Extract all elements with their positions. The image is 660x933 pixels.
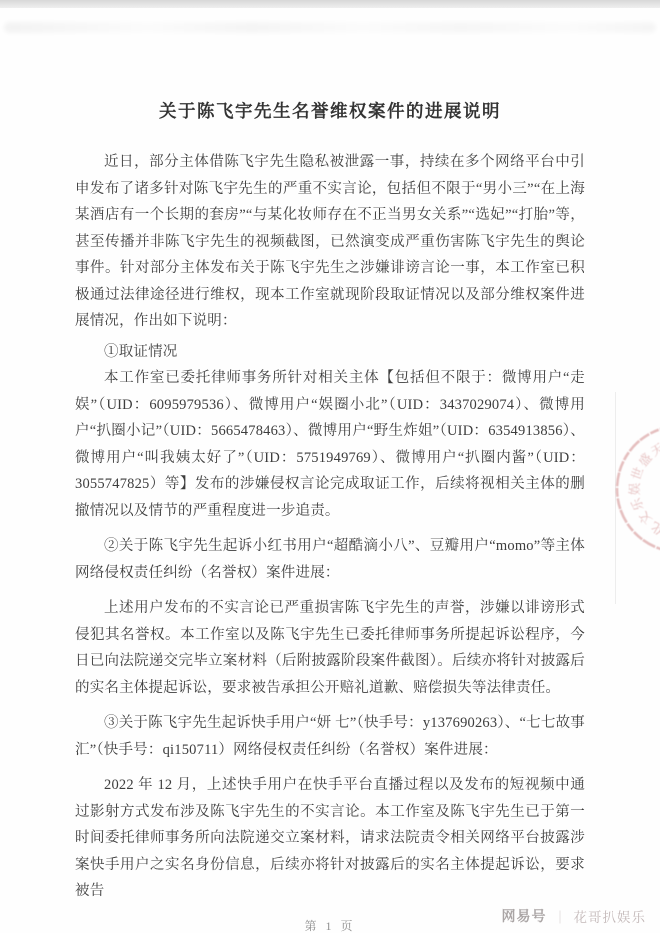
document-page: 关于陈飞宇先生名誉维权案件的进展说明 近日，部分主体借陈飞宇先生隐私被泄露一事，… <box>0 0 660 933</box>
document-title: 关于陈飞宇先生名誉维权案件的进展说明 <box>75 98 585 123</box>
watermark-divider: ｜ <box>553 907 566 926</box>
paragraph-intro: 近日，部分主体借陈飞宇先生隐私被泄露一事，持续在多个网络平台中引申发布了诸多针对… <box>75 149 585 335</box>
watermark: 网易号 ｜ 花哥扒娱乐 <box>501 906 646 926</box>
section-2-body: 上述用户发布的不实言论已严重损害陈飞宇先生的声誉，涉嫌以诽谤形式侵犯其名誉权。本… <box>75 595 585 701</box>
document-body: 近日，部分主体借陈飞宇先生隐私被泄露一事，持续在多个网络平台中引申发布了诸多针对… <box>75 149 585 905</box>
seal-glyph: 乐 <box>629 496 647 513</box>
seal-glyph: 娱 <box>627 482 642 495</box>
section-1-heading: ①取证情况 <box>75 339 585 366</box>
scanned-document: 关于陈飞宇先生名誉维权案件的进展说明 近日，部分主体借陈飞宇先生隐私被泄露一事，… <box>0 0 660 933</box>
netease-hao-logo: 网易号 <box>501 906 546 926</box>
watermark-account-name: 花哥扒娱乐 <box>574 906 647 926</box>
section-3-body: 2022 年 12 月，上述快手用户在快手平台直播过程以及发布的短视频中通过影射… <box>75 772 585 905</box>
section-3-heading: ③关于陈飞宇先生起诉快手用户“妍 七”（快手号：y137690263）、“七七故… <box>75 710 585 763</box>
section-1-body: 本工作室已委托律师事务所针对相关主体【包括但不限于：微博用户“走娱”（UID：6… <box>75 365 585 524</box>
section-2-heading: ②关于陈飞宇先生起诉小红书用户“超酷滴小八”、豆瓣用户“momo”等主体网络侵权… <box>75 533 585 586</box>
red-company-seal-icon: 天 盛 世 娱 乐 文 化 <box>614 414 660 564</box>
